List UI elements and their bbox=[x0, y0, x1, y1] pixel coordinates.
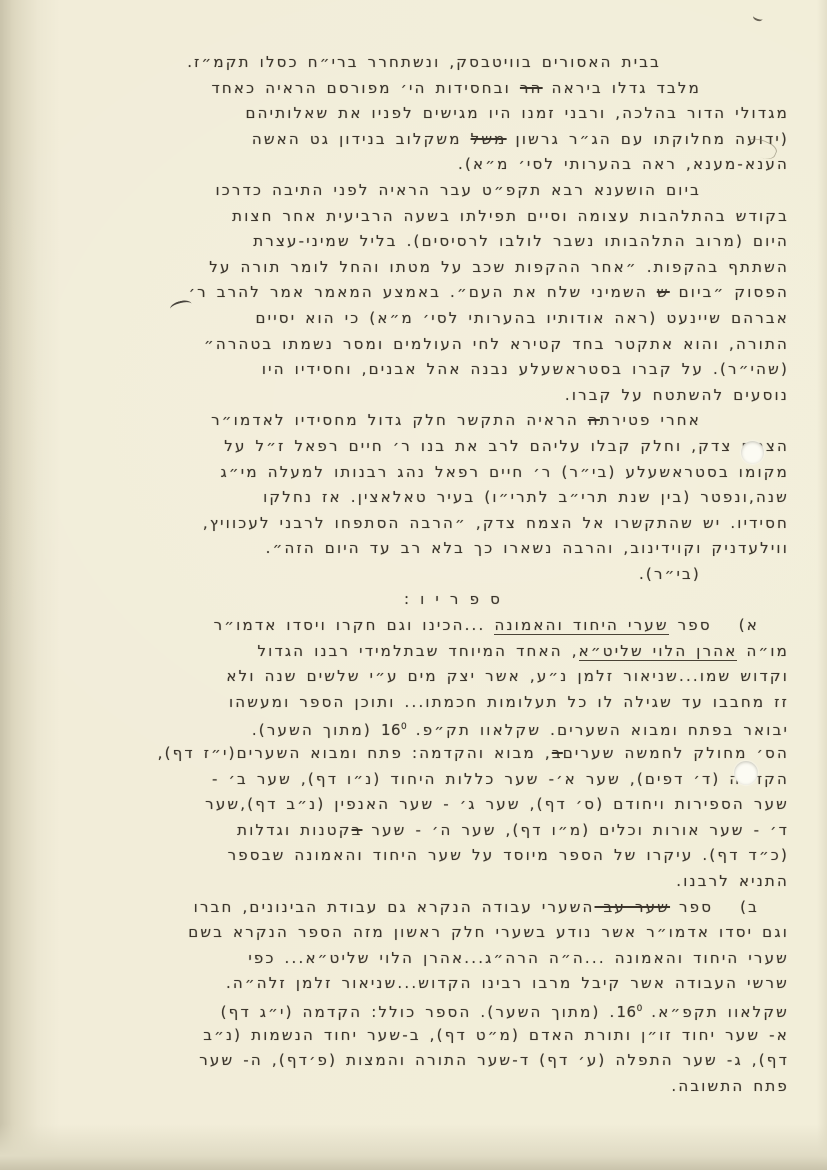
text-line: הפסוק ״ביום ש השמיני שלח את העם״. באמצע … bbox=[57, 280, 789, 306]
text-run: (שהי״ר). על קברו בסטראשעלע נבנה אהל אבני… bbox=[262, 360, 789, 378]
section-heading: ס פ ר י ו : bbox=[57, 587, 789, 613]
text-line: (ידועה מחלוקתו עם הג״ר גרשון משל משקלוב … bbox=[57, 127, 789, 153]
text-run: (מתוך השער). bbox=[252, 721, 381, 739]
text-run: (כ״ד דף). עיקרו של הספר מיוסד על שער היח… bbox=[228, 846, 789, 864]
text-run: השערי עבודה הנקרא גם עבודת הבינונים, חבר… bbox=[194, 898, 595, 916]
text-line: אברהם שיינעט (ראה אודותיו בהערותי לסי׳ מ… bbox=[57, 306, 789, 332]
text-line: שנה,ונפטר (בין שנת תרי״ב לתרי״ו) בעיר טא… bbox=[57, 485, 789, 511]
text-line: מגדולי הדור בהלכה, ורבני זמנו היו מגישים… bbox=[57, 101, 789, 127]
text-run: התורה, והוא אתקטר בחד קטירא לחי העולמים … bbox=[204, 335, 789, 353]
text-line: הס׳ מחולק לחמשה שעריםב, מבוא והקדמה: פתח… bbox=[57, 741, 789, 767]
text-run: מקומו בסטראשעלע (בי״ר) ר׳ חיים רפאל נהג … bbox=[221, 463, 789, 481]
text-line: מקומו בסטראשעלע (בי״ר) ר׳ חיים רפאל נהג … bbox=[57, 460, 789, 486]
text-line: הענא-מענא, ראה בהערותי לסי׳ מ״א). bbox=[57, 152, 789, 178]
text-run: ב) ספר bbox=[670, 898, 759, 916]
text-line: (כ״ד דף). עיקרו של הספר מיוסד על שער היח… bbox=[57, 843, 789, 869]
text-line: ביום הושענא רבא תקפ״ט עבר הראיה לפני התי… bbox=[57, 178, 789, 204]
text-run: . (מתוך השער). הספר כולל: הקדמה (י״ג דף) bbox=[221, 1003, 617, 1021]
text-line: היום (מרוב התלהבותו נשבר לולבו לרסיסים).… bbox=[57, 229, 789, 255]
text-line: פתח התשובה. bbox=[57, 1074, 789, 1100]
text-line: התורה, והוא אתקטר בחד קטירא לחי העולמים … bbox=[57, 332, 789, 358]
underlined-title: אהרן הלוי שליט״א bbox=[579, 642, 738, 661]
text-line: השתתף בהקפות. ״אחר ההקפות שכב על מטתו וה… bbox=[57, 255, 789, 281]
text-run: א) ספר bbox=[669, 616, 759, 634]
text-run: חסידיו. יש שהתקשרו אל הצמח צדק, ״הרבה הס… bbox=[203, 514, 789, 532]
text-run: ביום הושענא רבא תקפ״ט עבר הראיה לפני התי… bbox=[216, 181, 702, 199]
text-run: קטנות וגדלות bbox=[237, 821, 351, 839]
text-run: אברהם שיינעט (ראה אודותיו בהערותי לסי׳ מ… bbox=[256, 309, 790, 327]
text-line: שקלאוו תקפ״א. 160. (מתוך השער). הספר כול… bbox=[57, 997, 789, 1023]
underlined-title: שערי היחוד והאמונה bbox=[494, 616, 668, 635]
struck-text: הר bbox=[520, 79, 543, 97]
text-line: התניא לרבנו. bbox=[57, 869, 789, 895]
text-run: הקדמה (ד׳ דפים), שער א׳- שער כללות היחוד… bbox=[212, 770, 789, 788]
text-run: הראיה התקשר חלק גדול מחסידיו לאדמו״ר bbox=[211, 411, 588, 429]
text-run: שנה,ונפטר (בין שנת תרי״ב לתרי״ו) בעיר טא… bbox=[263, 488, 789, 506]
text-run: ...הכינו וגם חקרו ויסדו אדמו״ר bbox=[214, 616, 495, 634]
text-run: מו״ה bbox=[737, 642, 789, 660]
text-run: שרשי העבודה אשר קיבל מרבו רבינו הקדוש...… bbox=[226, 974, 789, 992]
text-run: ס פ ר י ו : bbox=[404, 590, 502, 608]
text-run: שער הספירות ויחודם (ס׳ דף), שער ג׳ - שער… bbox=[205, 795, 789, 813]
text-line: שערי היחוד והאמונה ...ה״ה הרה״ג...אהרן ה… bbox=[57, 946, 789, 972]
struck-text: שער עב bbox=[595, 898, 670, 916]
text-line: ווילעדניק וקוידינוב, והרבה נשארו כך בלא … bbox=[57, 536, 789, 562]
text-run: יבואר בפתח ומבוא השערים. שקלאוו תק״פ. bbox=[407, 721, 789, 739]
text-run: , מבוא והקדמה: פתח ומבוא השערים(י״ז דף), bbox=[158, 744, 552, 762]
text-run: השתתף בהקפות. ״אחר ההקפות שכב על מטתו וה… bbox=[209, 258, 789, 276]
hole-punch-top-icon bbox=[741, 441, 764, 464]
text-line: מלבד גדלו ביראה הר ובחסידות הי׳ מפורסם ה… bbox=[57, 76, 789, 102]
text-line: וקדוש שמו...שניאור זלמן נ״ע, אשר יצק מים… bbox=[57, 664, 789, 690]
text-run: בקודש בהתלהבות עצומה וסיים תפילתו בשעה ה… bbox=[232, 207, 789, 225]
format-size-number: 160 bbox=[381, 721, 407, 739]
text-run: השמיני שלח את העם״. באמצע המאמר אמר להרב… bbox=[189, 283, 657, 301]
text-line: נוסעים להשתטח על קברו. bbox=[57, 383, 789, 409]
struck-text: ה bbox=[588, 411, 600, 429]
text-run: משקלוב בנידון גט האשה bbox=[252, 130, 471, 148]
text-line: (שהי״ר). על קברו בסטראשעלע נבנה אהל אבני… bbox=[57, 357, 789, 383]
text-line: הצמח צדק, וחלק קבלו עליהם לרב את בנו ר׳ … bbox=[57, 434, 789, 460]
text-run: הפסוק ״ביום bbox=[670, 283, 789, 301]
text-run: בבית האסורים בוויטבסק, ונשתחרר ברי״ח כסל… bbox=[187, 53, 661, 71]
text-run: הס׳ מחולק לחמשה שערים bbox=[563, 744, 789, 762]
document-page: בבית האסורים בוויטבסק, ונשתחרר ברי״ח כסל… bbox=[0, 0, 827, 1170]
text-run: (בי״ר). bbox=[639, 565, 701, 583]
text-line: וגם יסדו אדמו״ר אשר נודע בשערי חלק ראשון… bbox=[57, 920, 789, 946]
text-run: וגם יסדו אדמו״ר אשר נודע בשערי חלק ראשון… bbox=[188, 923, 789, 941]
text-run: , האחד המיוחד שבתלמידי רבנו הגדול bbox=[257, 642, 578, 660]
text-run: היום (מרוב התלהבותו נשבר לולבו לרסיסים).… bbox=[253, 232, 789, 250]
text-line: זז מחבבו עד שגילה לו כל תעלומות חכמתו...… bbox=[57, 690, 789, 716]
text-run: ווילעדניק וקוידינוב, והרבה נשארו כך בלא … bbox=[266, 539, 789, 557]
text-run: שקלאוו תקפ״א. bbox=[642, 1003, 789, 1021]
text-run: ד׳ - שער אורות וכלים (מ״ו דף), שער ה׳ - … bbox=[362, 821, 789, 839]
text-line: מו״ה אהרן הלוי שליט״א, האחד המיוחד שבתלמ… bbox=[57, 639, 789, 665]
format-size-number: 160 bbox=[617, 1003, 643, 1021]
text-line: חסידיו. יש שהתקשרו אל הצמח צדק, ״הרבה הס… bbox=[57, 511, 789, 537]
text-run: מלבד גדלו ביראה bbox=[543, 79, 701, 97]
text-line: ב) ספר שער עב השערי עבודה הנקרא גם עבודת… bbox=[57, 895, 789, 921]
text-line: הקדמה (ד׳ דפים), שער א׳- שער כללות היחוד… bbox=[57, 767, 789, 793]
pen-dash-mark bbox=[752, 13, 764, 23]
text-run: דף), ג- שער התפלה (ע׳ דף) ד-שער התורה וה… bbox=[199, 1051, 789, 1069]
text-line: יבואר בפתח ומבוא השערים. שקלאוו תק״פ. 16… bbox=[57, 715, 789, 741]
text-run: זז מחבבו עד שגילה לו כל תעלומות חכמתו...… bbox=[229, 693, 789, 711]
text-line: שער הספירות ויחודם (ס׳ דף), שער ג׳ - שער… bbox=[57, 792, 789, 818]
text-line: א- שער יחוד זו״ן ותורת האדם (מ״ט דף), ב-… bbox=[57, 1023, 789, 1049]
text-run: הצמח צדק, וחלק קבלו עליהם לרב את בנו ר׳ … bbox=[224, 437, 789, 455]
struck-text: ש bbox=[657, 283, 670, 301]
text-run: פתח התשובה. bbox=[671, 1077, 789, 1095]
text-line: שרשי העבודה אשר קיבל מרבו רבינו הקדוש...… bbox=[57, 971, 789, 997]
text-run: הענא-מענא, ראה בהערותי לסי׳ מ״א). bbox=[458, 155, 789, 173]
text-run: אחרי פטירת bbox=[600, 411, 701, 429]
text-line: בקודש בהתלהבות עצומה וסיים תפילתו בשעה ה… bbox=[57, 204, 789, 230]
text-run: נוסעים להשתטח על קברו. bbox=[565, 386, 789, 404]
text-run: ובחסידות הי׳ מפורסם הראיה כאחד bbox=[212, 79, 520, 97]
struck-text: ב bbox=[352, 821, 363, 839]
text-line: א) ספר שערי היחוד והאמונה ...הכינו וגם ח… bbox=[57, 613, 789, 639]
text-run: מגדולי הדור בהלכה, ורבני זמנו היו מגישים… bbox=[246, 104, 790, 122]
text-line: בבית האסורים בוויטבסק, ונשתחרר ברי״ח כסל… bbox=[57, 50, 789, 76]
text-line: דף), ג- שער התפלה (ע׳ דף) ד-שער התורה וה… bbox=[57, 1048, 789, 1074]
hole-punch-bottom-icon bbox=[734, 761, 758, 785]
struck-text: משל bbox=[471, 130, 507, 148]
text-run: וקדוש שמו...שניאור זלמן נ״ע, אשר יצק מים… bbox=[226, 667, 789, 685]
text-line: ד׳ - שער אורות וכלים (מ״ו דף), שער ה׳ - … bbox=[57, 818, 789, 844]
struck-text: ב bbox=[552, 744, 563, 762]
text-run: א- שער יחוד זו״ן ותורת האדם (מ״ט דף), ב-… bbox=[203, 1026, 789, 1044]
typewritten-text-block: בבית האסורים בוויטבסק, ונשתחרר ברי״ח כסל… bbox=[57, 50, 789, 1099]
text-run: שערי היחוד והאמונה ...ה״ה הרה״ג...אהרן ה… bbox=[248, 949, 789, 967]
text-run: התניא לרבנו. bbox=[676, 872, 789, 890]
text-line: אחרי פטירתה הראיה התקשר חלק גדול מחסידיו… bbox=[57, 408, 789, 434]
text-line: (בי״ר). bbox=[57, 562, 789, 588]
